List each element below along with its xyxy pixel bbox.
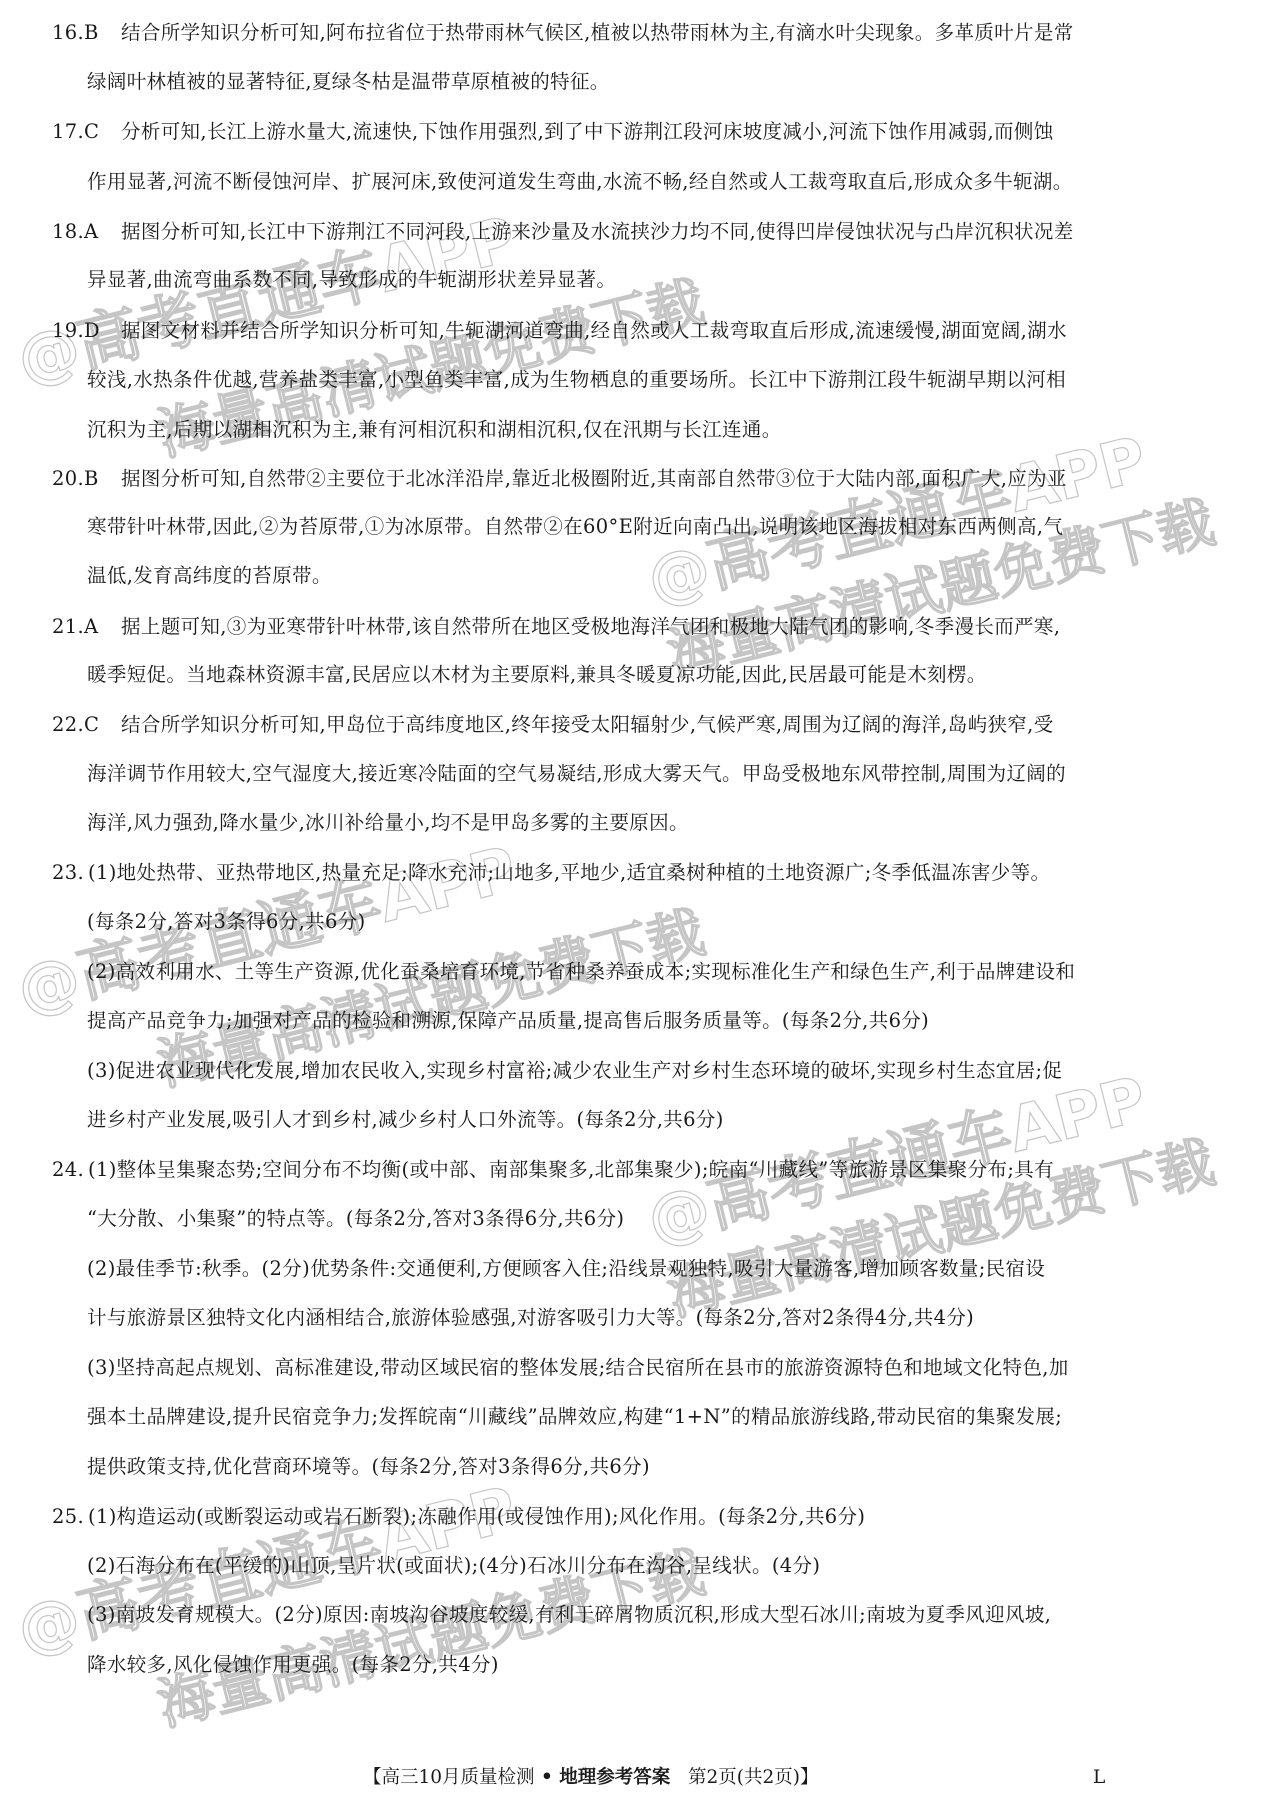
answer-sheet-page: @高考直通车APP海量高清试题免费下载@高考直通车APP海量高清试题免费下载@高… (0, 0, 1280, 1795)
answer-item-line: 22.C结合所学知识分析可知,甲岛位于高纬度地区,终年接受太阳辐射少,气候严寒,… (0, 710, 1280, 740)
question-number: 17.C (52, 117, 99, 147)
answer-text: 结合所学知识分析可知,甲岛位于高纬度地区,终年接受太阳辐射少,气候严寒,周围为辽… (121, 710, 1054, 740)
answer-continuation-line: 作用显著,河流不断侵蚀河岸、扩展河床,致使河道发生弯曲,水流不畅,经自然或人工裁… (0, 167, 1280, 197)
answer-item-line: 20.B据图分析可知,自然带②主要位于北冰洋沿岸,靠近北极圈附近,其南部自然带③… (0, 464, 1280, 494)
answer-item-line: 23.(1)地处热带、亚热带地区,热量充足;降水充沛;山地多,平地少,适宜桑树种… (0, 858, 1280, 888)
answer-text: 进乡村产业发展,吸引人才到乡村,减少乡村人口外流等。(每条2分,共6分) (87, 1105, 724, 1135)
question-number: 22.C (52, 710, 99, 740)
answer-text: (3)促进农业现代化发展,增加农民收入,实现乡村富裕;减少农业生产对乡村生态环境… (87, 1056, 1062, 1086)
answer-continuation-line: 提供政策支持,优化营商环境等。(每条2分,答对3条得6分,共6分) (0, 1452, 1280, 1482)
answer-item-line: 16.B结合所学知识分析可知,阿布拉省位于热带雨林气候区,植被以热带雨林为主,有… (0, 18, 1280, 48)
answer-text: 结合所学知识分析可知,阿布拉省位于热带雨林气候区,植被以热带雨林为主,有滴水叶尖… (121, 18, 1074, 48)
answer-continuation-line: 温低,发育高纬度的苔原带。 (0, 561, 1280, 591)
answer-text: 据上题可知,③为亚寒带针叶林带,该自然带所在地区受极地海洋气团和极地大陆气团的影… (121, 612, 1060, 642)
answer-continuation-line: 绿阔叶林植被的显著特征,夏绿冬枯是温带草原植被的特征。 (0, 67, 1280, 97)
answer-text: 降水较多,风化侵蚀作用更强。(每条2分,共4分) (87, 1650, 499, 1680)
question-number: 24. (52, 1155, 84, 1185)
answer-item-line: 21.A据上题可知,③为亚寒带针叶林带,该自然带所在地区受极地海洋气团和极地大陆… (0, 612, 1280, 642)
question-number: 23. (52, 858, 84, 888)
answer-text: 提供政策支持,优化营商环境等。(每条2分,答对3条得6分,共6分) (87, 1452, 650, 1482)
footer-subject: 地理参考答案 (559, 1767, 670, 1788)
answer-continuation-line: (2)最佳季节:秋季。(2分)优势条件:交通便利,方便顾客入住;沿线景观独特,吸… (0, 1254, 1280, 1284)
answer-text: (1)地处热带、亚热带地区,热量充足;降水充沛;山地多,平地少,适宜桑树种植的土… (88, 858, 1050, 888)
answer-item-line: 19.D据图文材料并结合所学知识分析可知,牛轭湖河道弯曲,经自然或人工裁弯取直后… (0, 316, 1280, 346)
footer-page-number: 第2页(共2页) (688, 1767, 800, 1788)
answer-continuation-line: 进乡村产业发展,吸引人才到乡村,减少乡村人口外流等。(每条2分,共6分) (0, 1105, 1280, 1135)
answer-continuation-line: 降水较多,风化侵蚀作用更强。(每条2分,共4分) (0, 1650, 1280, 1680)
footer-title: 【高三10月质量检测 • 地理参考答案 第2页(共2页)】 (363, 1763, 818, 1793)
page-footer: 【高三10月质量检测 • 地理参考答案 第2页(共2页)】 L (0, 1763, 1280, 1793)
answer-continuation-line: (3)坚持高起点规划、高标准建设,带动区域民宿的整体发展;结合民宿所在县市的旅游… (0, 1353, 1280, 1383)
answer-text: 海洋,风力强劲,降水量少,冰川补给量小,均不是甲岛多雾的主要原因。 (87, 808, 689, 838)
answer-text: 暖季短促。当地森林资源丰富,民居应以木材为主要原料,兼具冬暖夏凉功能,因此,民居… (87, 660, 987, 690)
answer-continuation-line: (3)南坡发育规模大。(2分)原因:南坡沟谷坡度较缓,有利于碎屑物质沉积,形成大… (0, 1600, 1280, 1630)
answer-text: 海洋调节作用较大,空气湿度大,接近寒冷陆面的空气易凝结,形成大雾天气。甲岛受极地… (87, 759, 1066, 789)
answer-text: 强本土品牌建设,提升民宿竞争力;发挥皖南“川藏线”品牌效应,构建“1+N”的精品… (87, 1402, 1062, 1432)
answer-text: (1)整体呈集聚态势;空间分布不均衡(或中部、南部集聚多,北部集聚少);皖南“川… (88, 1155, 1054, 1185)
answer-item-line: 17.C分析可知,长江上游水量大,流速快,下蚀作用强烈,到了中下游荆江段河床坡度… (0, 117, 1280, 147)
answer-text: (2)石海分布在(平缓的)山顶,呈片状(或面状);(4分)石冰川分布在沟谷,呈线… (87, 1551, 820, 1581)
answer-text: 寒带针叶林带,因此,②为苔原带,①为冰原带。自然带②在60°E附近向南凸出,说明… (87, 512, 1063, 542)
answer-text: 较浅,水热条件优越,营养盐类丰富,小型鱼类丰富,成为生物栖息的重要场所。长江中下… (87, 365, 1066, 395)
answer-continuation-line: 暖季短促。当地森林资源丰富,民居应以木材为主要原料,兼具冬暖夏凉功能,因此,民居… (0, 660, 1280, 690)
answer-text: 据图分析可知,自然带②主要位于北冰洋沿岸,靠近北极圈附近,其南部自然带③位于大陆… (121, 464, 1067, 494)
answer-continuation-line: 海洋,风力强劲,降水量少,冰川补给量小,均不是甲岛多雾的主要原因。 (0, 808, 1280, 838)
answer-continuation-line: 海洋调节作用较大,空气湿度大,接近寒冷陆面的空气易凝结,形成大雾天气。甲岛受极地… (0, 759, 1280, 789)
answer-continuation-line: 寒带针叶林带,因此,②为苔原带,①为冰原带。自然带②在60°E附近向南凸出,说明… (0, 512, 1280, 542)
answer-continuation-line: 异显著,曲流弯曲系数不同,导致形成的牛轭湖形状差异显著。 (0, 265, 1280, 295)
answer-item-line: 18.A据图分析可知,长江中下游荆江不同河段,上游来沙量及水流挟沙力均不同,使得… (0, 217, 1280, 247)
footer-open-bracket: 【 (363, 1767, 382, 1788)
answer-text: 温低,发育高纬度的苔原带。 (87, 561, 332, 591)
answer-item-line: 24.(1)整体呈集聚态势;空间分布不均衡(或中部、南部集聚多,北部集聚少);皖… (0, 1155, 1280, 1185)
answer-text: 作用显著,河流不断侵蚀河岸、扩展河床,致使河道发生弯曲,水流不畅,经自然或人工裁… (87, 167, 1073, 197)
answer-text: (2)高效利用水、土等生产资源,优化蚕桑培育环境,节省种桑养蚕成本;实现标准化生… (87, 957, 1075, 987)
answer-text: 异显著,曲流弯曲系数不同,导致形成的牛轭湖形状差异显著。 (87, 265, 616, 295)
answer-text: (1)构造运动(或断裂运动或岩石断裂);冻融作用(或侵蚀作用);风化作用。(每条… (88, 1502, 865, 1532)
answer-text: 据图文材料并结合所学知识分析可知,牛轭湖河道弯曲,经自然或人工裁弯取直后形成,流… (121, 316, 1067, 346)
answer-continuation-line: 计与旅游景区独特文化内涵相结合,旅游体验感强,对游客吸引力大等。(每条2分,答对… (0, 1303, 1280, 1333)
footer-close-bracket: 】 (800, 1767, 819, 1788)
answer-continuation-line: 提高产品竞争力;加强对产品的检验和溯源,保障产品质量,提高售后服务质量等。(每条… (0, 1006, 1280, 1036)
answer-text: (2)最佳季节:秋季。(2分)优势条件:交通便利,方便顾客入住;沿线景观独特,吸… (87, 1254, 1045, 1284)
answer-text: 分析可知,长江上游水量大,流速快,下蚀作用强烈,到了中下游荆江段河床坡度减小,河… (121, 117, 1054, 147)
footer-exam-name: 高三10月质量检测 (382, 1767, 535, 1788)
answer-continuation-line: 较浅,水热条件优越,营养盐类丰富,小型鱼类丰富,成为生物栖息的重要场所。长江中下… (0, 365, 1280, 395)
answer-continuation-line: 强本土品牌建设,提升民宿竞争力;发挥皖南“川藏线”品牌效应,构建“1+N”的精品… (0, 1402, 1280, 1432)
answer-text: 据图分析可知,长江中下游荆江不同河段,上游来沙量及水流挟沙力均不同,使得凹岸侵蚀… (121, 217, 1074, 247)
question-number: 20.B (52, 464, 99, 494)
question-number: 19.D (52, 316, 100, 346)
answer-text: 沉积为主,后期以湖相沉积为主,兼有河相沉积和湖相沉积,仅在汛期与长江连通。 (87, 415, 782, 445)
answer-continuation-line: (2)石海分布在(平缓的)山顶,呈片状(或面状);(4分)石冰川分布在沟谷,呈线… (0, 1551, 1280, 1581)
question-number: 18.A (52, 217, 99, 247)
answer-continuation-line: (3)促进农业现代化发展,增加农民收入,实现乡村富裕;减少农业生产对乡村生态环境… (0, 1056, 1280, 1086)
question-number: 16.B (52, 18, 99, 48)
answer-text: 计与旅游景区独特文化内涵相结合,旅游体验感强,对游客吸引力大等。(每条2分,答对… (87, 1303, 974, 1333)
question-number: 25. (52, 1502, 84, 1532)
answer-continuation-line: 沉积为主,后期以湖相沉积为主,兼有河相沉积和湖相沉积,仅在汛期与长江连通。 (0, 415, 1280, 445)
answer-continuation-line: (每条2分,答对3条得6分,共6分) (0, 907, 1280, 937)
answer-continuation-line: “大分散、小集聚”的特点等。(每条2分,答对3条得6分,共6分) (0, 1204, 1280, 1234)
answer-text: (每条2分,答对3条得6分,共6分) (87, 907, 366, 937)
footer-version-mark: L (1093, 1763, 1105, 1793)
answer-text: (3)坚持高起点规划、高标准建设,带动区域民宿的整体发展;结合民宿所在县市的旅游… (87, 1353, 1069, 1383)
answer-item-line: 25.(1)构造运动(或断裂运动或岩石断裂);冻融作用(或侵蚀作用);风化作用。… (0, 1502, 1280, 1532)
answer-text: “大分散、小集聚”的特点等。(每条2分,答对3条得6分,共6分) (87, 1204, 624, 1234)
answer-continuation-line: (2)高效利用水、土等生产资源,优化蚕桑培育环境,节省种桑养蚕成本;实现标准化生… (0, 957, 1280, 987)
question-number: 21.A (52, 612, 99, 642)
answer-text: 提高产品竞争力;加强对产品的检验和溯源,保障产品质量,提高售后服务质量等。(每条… (87, 1006, 929, 1036)
answer-text: 绿阔叶林植被的显著特征,夏绿冬枯是温带草原植被的特征。 (87, 67, 610, 97)
answer-text: (3)南坡发育规模大。(2分)原因:南坡沟谷坡度较缓,有利于碎屑物质沉积,形成大… (87, 1600, 1051, 1630)
footer-separator: • (535, 1767, 560, 1788)
